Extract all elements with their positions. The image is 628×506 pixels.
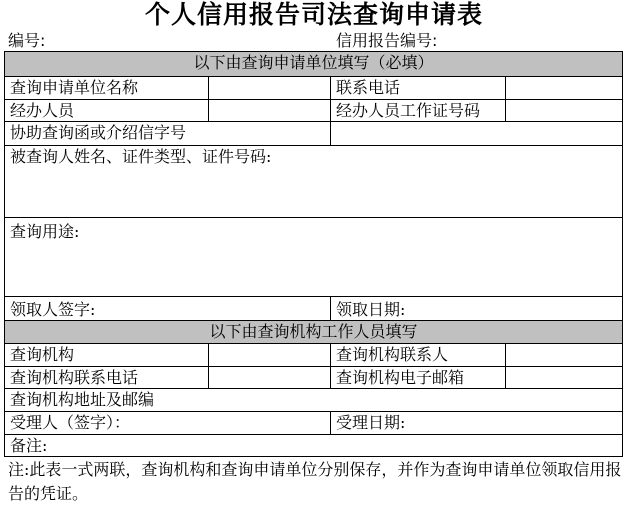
org-field[interactable] xyxy=(208,343,331,367)
handler-id-label: 经办人员工作证号码 xyxy=(330,99,506,122)
remarks-field[interactable]: 备注: xyxy=(4,434,623,457)
org-label: 查询机构 xyxy=(4,343,209,367)
purpose-field[interactable]: 查询用途: xyxy=(4,217,623,297)
org-phone-label: 查询机构联系电话 xyxy=(4,366,209,389)
org-phone-field[interactable] xyxy=(208,366,331,389)
receiver-signature-field[interactable]: 领取人签字: xyxy=(4,296,331,321)
org-address-field[interactable]: 查询机构地址及邮编 xyxy=(4,388,623,412)
applicant-name-field[interactable] xyxy=(208,76,331,100)
applicant-name-label: 查询申请单位名称 xyxy=(4,76,209,100)
receiver-signature-label: 领取人签字: xyxy=(10,300,95,319)
subject-info-label: 被查询人姓名、证件类型、证件号码: xyxy=(10,147,271,166)
org-contact-label: 查询机构联系人 xyxy=(330,343,506,367)
phone-label: 联系电话 xyxy=(330,76,506,100)
remarks-label: 备注: xyxy=(10,436,47,455)
acceptor-signature-label: 受理人（签字）： xyxy=(10,413,130,432)
org-contact-field[interactable] xyxy=(505,343,623,367)
accept-date-field[interactable]: 受理日期: xyxy=(330,411,623,435)
application-form-table: 以下由查询申请单位填写（必填） 查询申请单位名称 联系电话 经办人员 经办人员工… xyxy=(4,51,623,457)
phone-field[interactable] xyxy=(505,76,623,100)
letter-number-label: 协助查询函或介绍信字号 xyxy=(4,121,331,146)
org-email-field[interactable] xyxy=(505,366,623,389)
accept-date-label: 受理日期: xyxy=(336,413,405,432)
org-email-label: 查询机构电子邮箱 xyxy=(330,366,506,389)
handler-field[interactable] xyxy=(208,99,331,122)
footnote: 注:此表一式两联，查询机构和查询申请单位分别保存，并作为查询申请单位领取信用报告… xyxy=(8,458,623,506)
form-title: 个人信用报告司法查询申请表 xyxy=(0,0,628,30)
receive-date-label: 领取日期: xyxy=(336,300,405,319)
letter-number-field[interactable] xyxy=(330,121,623,146)
serial-number-label: 编号: xyxy=(8,30,45,52)
section-header-institution: 以下由查询机构工作人员填写 xyxy=(4,320,623,344)
acceptor-signature-field[interactable]: 受理人（签字）： xyxy=(4,411,331,435)
section-header-applicant: 以下由查询申请单位填写（必填） xyxy=(4,51,623,77)
org-address-label: 查询机构地址及邮编 xyxy=(10,390,154,409)
credit-report-number-label: 信用报告编号: xyxy=(336,30,437,52)
purpose-label: 查询用途: xyxy=(10,222,79,241)
subject-info-field[interactable]: 被查询人姓名、证件类型、证件号码: xyxy=(4,145,623,218)
handler-label: 经办人员 xyxy=(4,99,209,122)
handler-id-field[interactable] xyxy=(505,99,623,122)
receive-date-field[interactable]: 领取日期: xyxy=(330,296,623,321)
